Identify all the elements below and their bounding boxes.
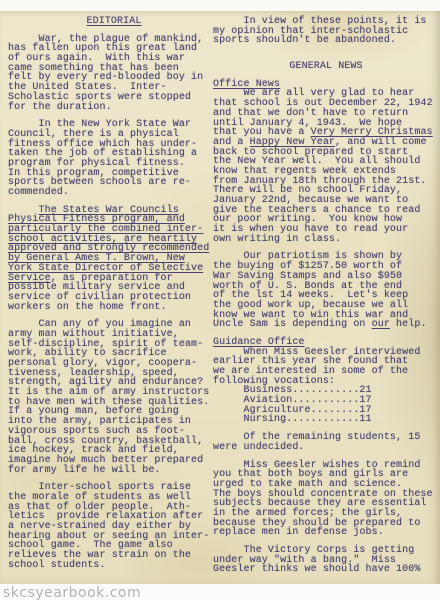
watermark-text: skcsyearbook.com: [0, 586, 141, 600]
text-line: were undecided.: [213, 443, 439, 453]
text-line: for the duration.: [8, 103, 220, 113]
text-line: replace men in defense jobs.: [213, 528, 439, 538]
text-line: commended.: [8, 188, 220, 198]
vocation-list-item: Nursing............11: [213, 415, 439, 425]
text-line: Geesler thinks we should have 100%: [213, 565, 439, 575]
editorial-heading: EDITORIAL: [8, 17, 220, 27]
blank-line: [213, 46, 439, 54]
text-line: workers on the home front.: [8, 303, 220, 313]
scanned-yearbook-page: EDITORIAL War, the plague of mankind,has…: [0, 0, 440, 600]
general-news-column: In view of these points, it ismy opinion…: [213, 17, 439, 575]
text-line: own writing in class.: [213, 235, 439, 245]
editorial-column: EDITORIAL War, the plague of mankind,has…: [8, 17, 220, 570]
paper-background: EDITORIAL War, the plague of mankind,has…: [0, 11, 440, 584]
text-segment: help.: [390, 319, 427, 330]
text-segment: Uncle Sam is depending on: [213, 319, 372, 330]
text-segment: GENERAL NEWS: [289, 61, 362, 72]
underlined-text: EDITORIAL: [87, 16, 142, 27]
general-news-heading: GENERAL NEWS: [213, 62, 439, 72]
text-line: school students.: [8, 561, 220, 571]
text-line: for army life he will be.: [8, 466, 220, 476]
text-segment: Nursing............11: [213, 414, 372, 425]
watermark-bar: skcsyearbook.com: [0, 584, 440, 600]
text-line: sports shouldn't be abandoned.: [213, 36, 439, 46]
text-line: Uncle Sam is depending on our help.: [213, 320, 439, 330]
underlined-text: our: [372, 319, 390, 330]
